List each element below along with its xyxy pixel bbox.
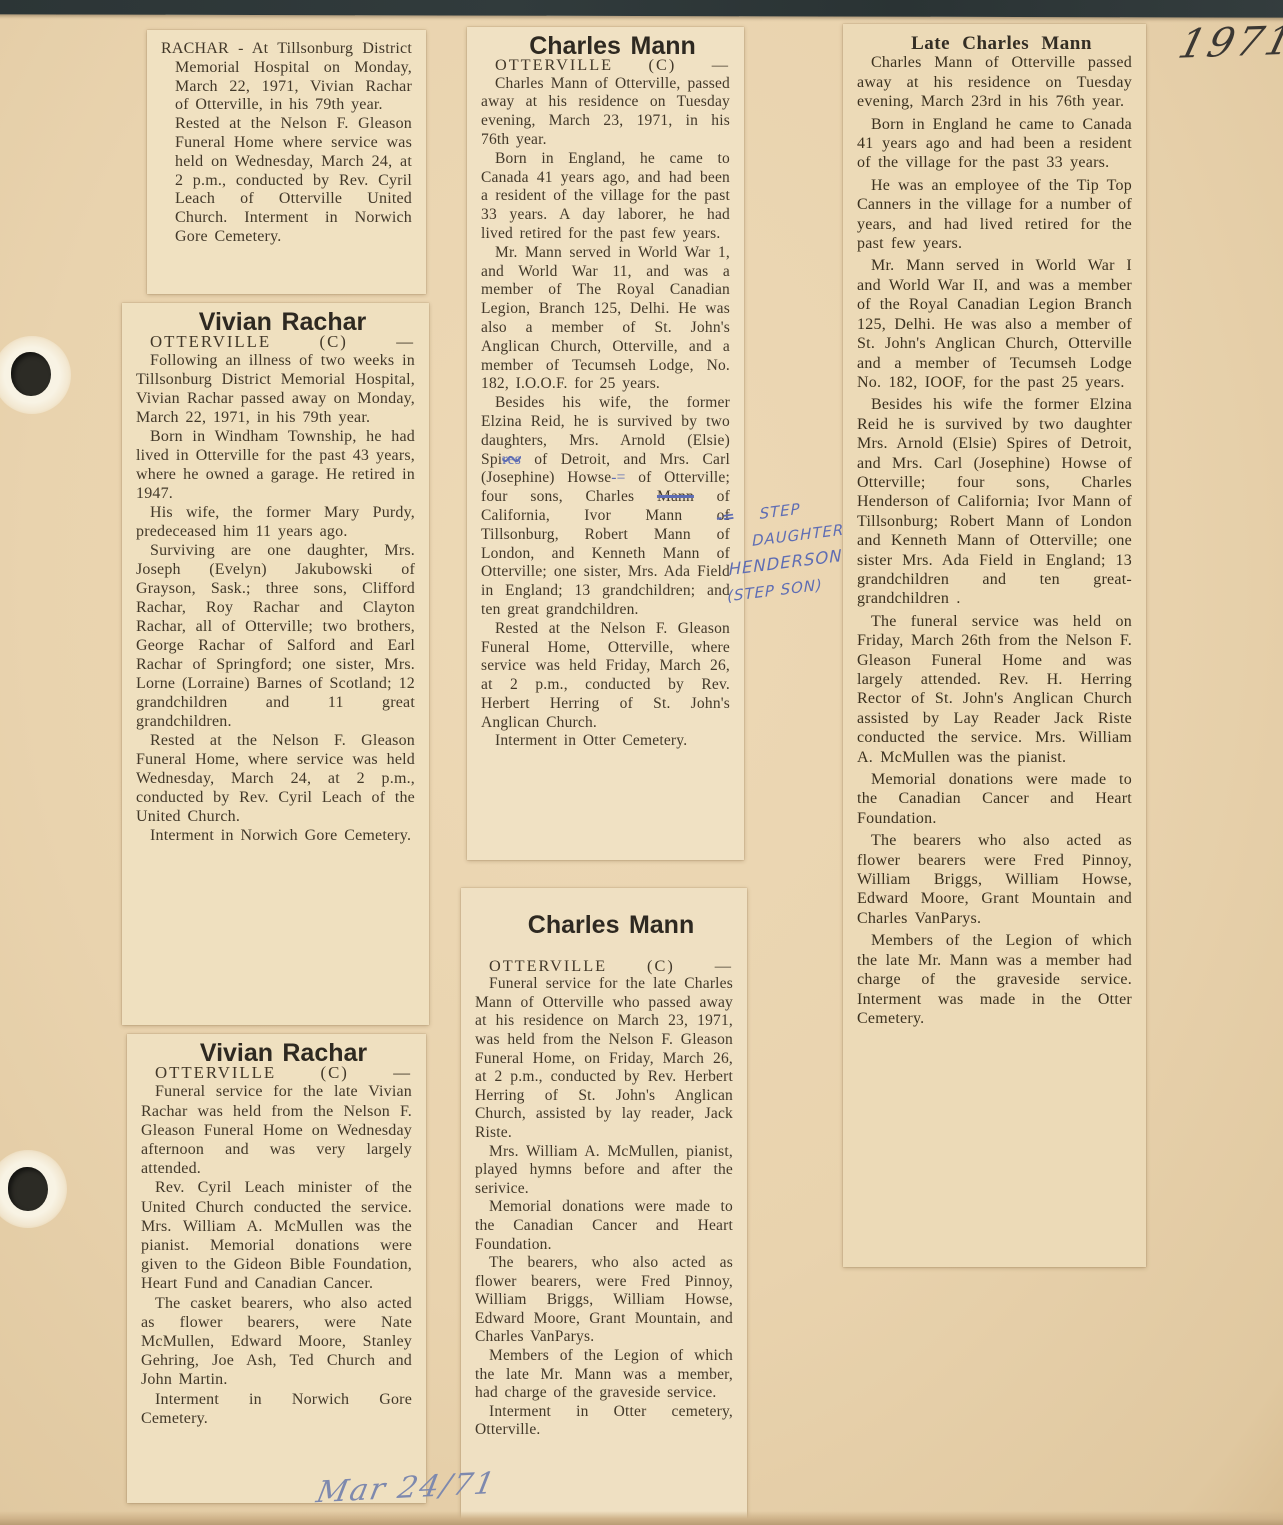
survivors-text: of California, Ivor Mann of Tillsonburg,…	[481, 488, 730, 618]
obit-paragraph: The bearers, who also acted as flower be…	[475, 1254, 733, 1347]
dateline: OTTERVILLE (C) —	[481, 56, 730, 75]
clipping-vivian-rachar-funeral: Vivian Rachar OTTERVILLE (C) — Funeral s…	[127, 1034, 426, 1503]
clipping-vivian-rachar-obituary: Vivian Rachar OTTERVILLE (C) — Following…	[122, 303, 429, 1025]
obit-paragraph: Born in England, he came to Canada 41 ye…	[481, 150, 730, 244]
scan-background-edge	[0, 0, 1283, 18]
obit-paragraph: Born in Windham Township, he had lived i…	[136, 427, 415, 503]
clipping-charles-mann-obituary: Charles Mann OTTERVILLE (C) — Charles Ma…	[467, 27, 744, 860]
obit-paragraph: Members of the Legion of which the late …	[475, 1347, 733, 1403]
page-bottom-edge	[0, 1511, 1283, 1525]
obit-paragraph: Mr. Mann served in World War I and World…	[857, 256, 1132, 392]
obit-paragraph: The bearers who also acted as flower bea…	[857, 831, 1132, 928]
clipping-headline: Vivian Rachar	[141, 1044, 412, 1063]
obit-paragraph: He was an employee of the Tip Top Canner…	[857, 176, 1132, 254]
obit-paragraph: Memorial donations were made to the Cana…	[475, 1198, 733, 1254]
dateline: OTTERVILLE (C) —	[475, 957, 733, 976]
clipping-headline: Charles Mann	[481, 37, 730, 56]
pen-mark: -=	[611, 469, 625, 486]
obit-paragraph: Funeral service for the late Charles Man…	[475, 975, 733, 1142]
obit-paragraph: Charles Mann of Otterville passed away a…	[857, 53, 1132, 111]
handwritten-dash-mark: -=	[715, 507, 736, 527]
obit-paragraph: Interment in Norwich Gore Cemetery.	[136, 826, 415, 845]
obit-paragraph: Rested at the Nelson F. Gleason Funeral …	[481, 620, 730, 733]
punched-hole	[8, 1167, 48, 1211]
obit-paragraph: The casket bearers, who also acted as fl…	[141, 1294, 412, 1390]
clipping-headline: Late Charles Mann	[857, 34, 1132, 53]
obit-paragraph: RACHAR - At Tillsonburg District Memoria…	[175, 40, 412, 115]
clipping-headline: Charles Mann	[475, 916, 733, 935]
punched-hole	[11, 352, 51, 396]
obit-paragraph: Rested at the Nelson F. Gleason Funeral …	[175, 115, 412, 247]
dateline: OTTERVILLE (C) —	[136, 332, 415, 351]
obit-paragraph: Members of the Legion of which the late …	[857, 931, 1132, 1028]
clipping-headline: Vivian Rachar	[136, 313, 415, 332]
obit-paragraph: Rested at the Nelson F. Gleason Funeral …	[136, 731, 415, 826]
obit-paragraph: Mr. Mann served in World War 1, and Worl…	[481, 244, 730, 394]
pen-scribbled-text: res	[502, 451, 521, 468]
obit-paragraph: The funeral service was held on Friday, …	[857, 612, 1132, 767]
obit-paragraph-survivors: Besides his wife, the former Elzina Reid…	[481, 394, 730, 620]
scrapbook-page: RACHAR - At Tillsonburg District Memoria…	[0, 0, 1283, 1525]
obit-paragraph: Interment in Otter Cemetery.	[481, 732, 730, 751]
pen-struck-text: Mann	[657, 488, 694, 505]
dateline: OTTERVILLE (C) —	[141, 1063, 412, 1082]
obit-paragraph: Besides his wife the former Elzina Reid …	[857, 395, 1132, 608]
obit-paragraph: Interment in Otter cemetery, Otterville.	[475, 1403, 733, 1440]
obit-paragraph: Funeral service for the late Vivian Rach…	[141, 1082, 412, 1178]
obit-paragraph: Rev. Cyril Leach minister of the United …	[141, 1178, 412, 1293]
obit-paragraph: Following an illness of two weeks in Til…	[136, 351, 415, 427]
obit-paragraph: Interment in Norwich Gore Cemetery.	[141, 1390, 412, 1428]
clipping-late-charles-mann: Late Charles Mann Charles Mann of Otterv…	[843, 24, 1146, 1267]
clipping-charles-mann-funeral: Charles Mann OTTERVILLE (C) — Funeral se…	[461, 888, 747, 1521]
obit-paragraph: Surviving are one daughter, Mrs. Joseph …	[136, 541, 415, 731]
obit-paragraph: Charles Mann of Otterville, passed away …	[481, 75, 730, 150]
obit-paragraph: Born in England he came to Canada 41 yea…	[857, 115, 1132, 173]
handwritten-year-annotation: 1971	[1174, 18, 1283, 67]
obit-paragraph: Memorial donations were made to the Cana…	[857, 770, 1132, 828]
handwritten-step-family-annotation: STEP DAUGHTER HENDERSON (STEP SON)	[726, 487, 877, 610]
clipping-rachar-death-notice: RACHAR - At Tillsonburg District Memoria…	[147, 30, 426, 294]
obit-paragraph: His wife, the former Mary Purdy, predece…	[136, 503, 415, 541]
obit-paragraph: Mrs. William A. McMullen, pianist, playe…	[475, 1143, 733, 1199]
